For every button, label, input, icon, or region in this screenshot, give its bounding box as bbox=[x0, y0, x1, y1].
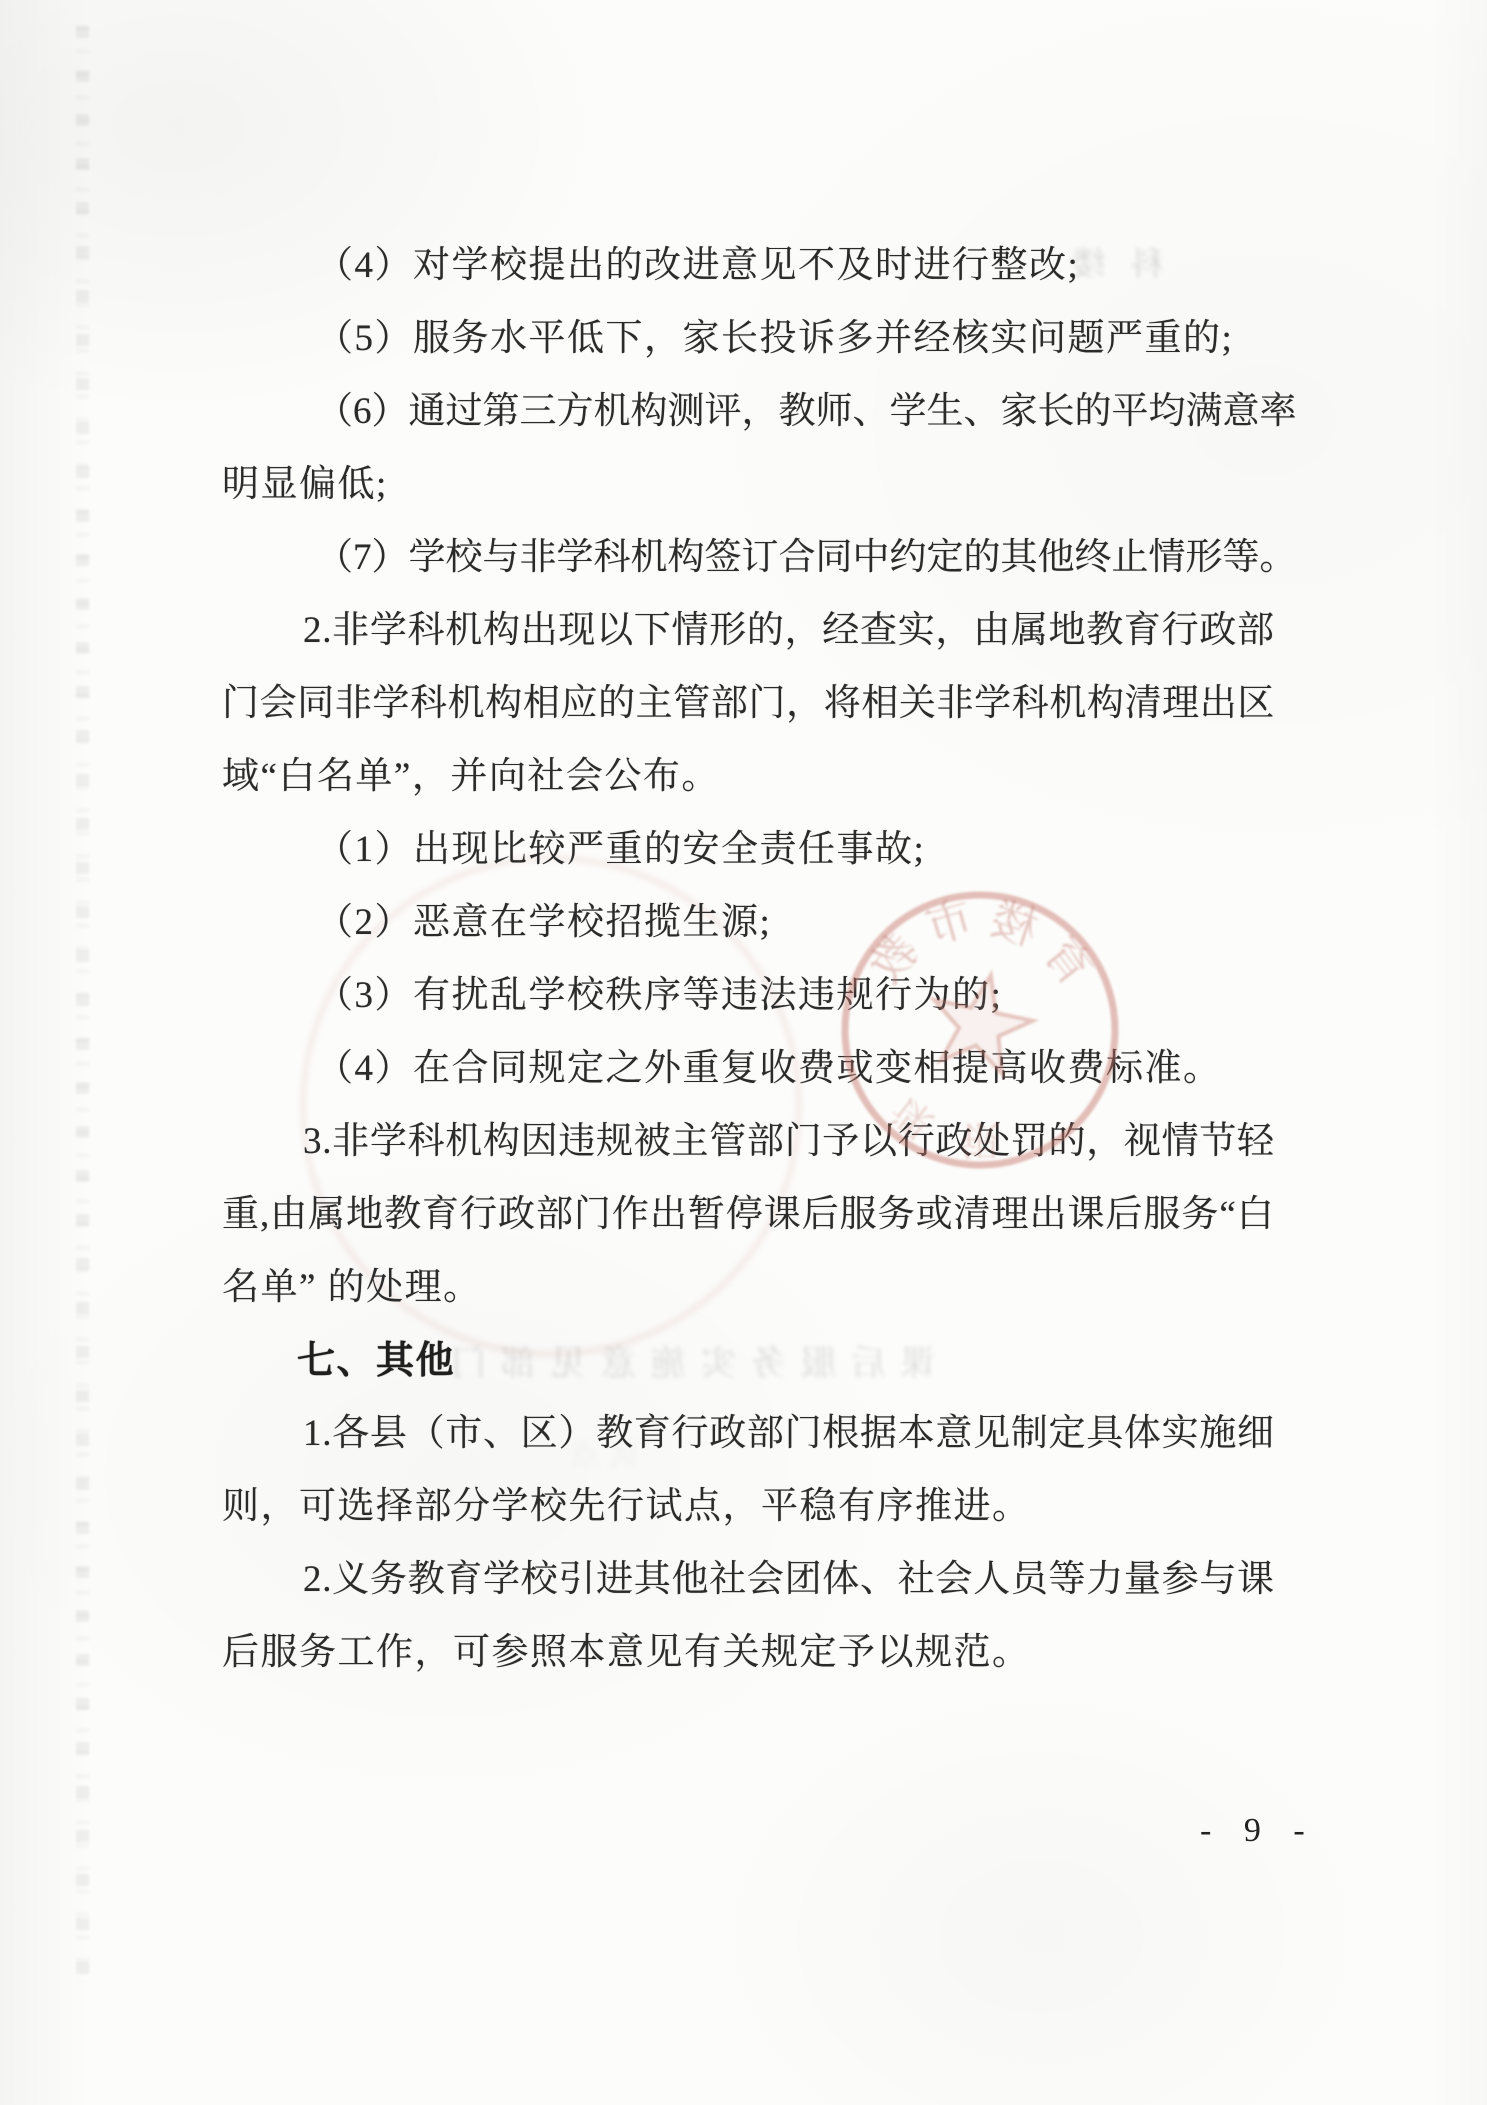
text-line: 域“白名单”，并向社会公布。 bbox=[222, 755, 720, 799]
seal-glyph: 课 bbox=[883, 1086, 942, 1146]
seal-glyph: 银 bbox=[960, 1117, 1000, 1162]
text-line: 明显偏低; bbox=[222, 463, 388, 507]
text-line: （7）学校与非学科机构签订合同中约定的其他终止情形等。 bbox=[316, 536, 1297, 580]
text-line: 1.各县（市、区）教育行政部门根据本意见制定具体实施细 bbox=[303, 1412, 1275, 1456]
official-seal-stamp: 育楼市教 课银 bbox=[836, 884, 1124, 1176]
scan-streak-artifact bbox=[76, 26, 89, 1982]
text-line: 2.非学科机构出现以下情形的，经查实，由属地教育行政部 bbox=[303, 609, 1275, 653]
seal-glyph: 教 bbox=[860, 924, 929, 992]
section-heading: 七、其他 bbox=[297, 1339, 455, 1383]
page-number: - 9 - bbox=[1200, 1812, 1317, 1850]
text-line: （4）对学校提出的改进意见不及时进行整改; bbox=[316, 244, 1079, 288]
text-line: 名单” 的处理。 bbox=[222, 1266, 482, 1310]
scanned-document-page: 科缕 课后服务实施意见部门 试点 （4）对学校提出的改进意见不及时进行整改;（5… bbox=[0, 0, 1487, 2105]
text-line: 门会同非学科机构相应的主管部门，将相关非学科机构清理出区 bbox=[222, 682, 1275, 726]
text-line: 则，可选择部分学校先行试点，平稳有序推进。 bbox=[222, 1485, 1031, 1529]
seal-glyph: 育 bbox=[1034, 928, 1103, 996]
text-line: 3.非学科机构因违规被主管部门予以行政处罚的，视情节轻 bbox=[303, 1120, 1275, 1164]
seal-glyph: 市 bbox=[920, 892, 978, 954]
seal-glyph: 楼 bbox=[984, 892, 1044, 955]
text-line: 2.义务教育学校引进其他社会团体、社会人员等力量参与课 bbox=[303, 1558, 1275, 1602]
text-line: （1）出现比较严重的安全责任事故; bbox=[316, 828, 925, 872]
text-line: （5）服务水平低下，家长投诉多并经核实问题严重的; bbox=[316, 317, 1233, 361]
text-line: （2）恶意在学校招揽生源; bbox=[316, 901, 771, 945]
ink-bleed-artifact: 课后服务实施意见部门 bbox=[436, 1336, 936, 1386]
text-line: 重,由属地教育行政部门作出暂停课后服务或清理出课后服务“白 bbox=[222, 1193, 1275, 1237]
star-icon bbox=[922, 965, 1041, 1078]
text-line: （6）通过第三方机构测评，教师、学生、家长的平均满意率 bbox=[316, 390, 1297, 434]
text-line: 后服务工作，可参照本意见有关规定予以规范。 bbox=[222, 1631, 1031, 1675]
